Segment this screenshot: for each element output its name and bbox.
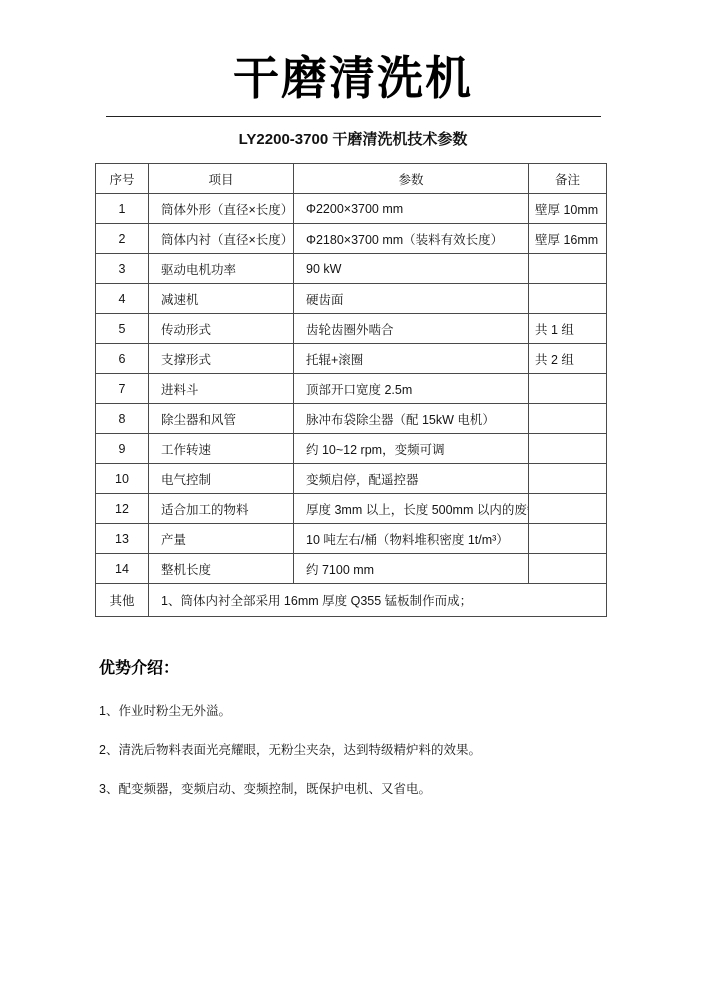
table-row: 9 工作转速 约 10~12 rpm，变频可调 [96, 434, 607, 464]
table-row: 1 筒体外形（直径×长度） Φ2200×3700 mm 壁厚 10mm [96, 194, 607, 224]
cell-seq: 13 [96, 524, 149, 554]
header-param: 参数 [294, 164, 529, 194]
table-row: 7 进料斗 顶部开口宽度 2.5m [96, 374, 607, 404]
cell-item: 驱动电机功率 [149, 254, 294, 284]
page-title: 干磨清洗机 [0, 0, 706, 101]
cell-param: 厚度 3mm 以上，长度 500mm 以内的废钢剪切料 [294, 494, 529, 524]
cell-param: 齿轮齿圈外啮合 [294, 314, 529, 344]
cell-param: 托辊+滚圈 [294, 344, 529, 374]
table-row: 10 电气控制 变频启停，配遥控器 [96, 464, 607, 494]
cell-seq: 其他 [96, 584, 149, 617]
cell-item: 工作转速 [149, 434, 294, 464]
cell-note [529, 434, 607, 464]
document-page: 干磨清洗机 LY2200-3700 干磨清洗机技术参数 序号 项目 参数 备注 … [0, 0, 706, 1000]
page-subtitle: LY2200-3700 干磨清洗机技术参数 [0, 128, 706, 149]
cell-seq: 8 [96, 404, 149, 434]
cell-item: 筒体内衬（直径×长度） [149, 224, 294, 254]
cell-other-note: 1、筒体内衬全部采用 16mm 厚度 Q355 锰板制作而成； [149, 584, 607, 617]
cell-item: 产量 [149, 524, 294, 554]
cell-seq: 10 [96, 464, 149, 494]
cell-item: 筒体外形（直径×长度） [149, 194, 294, 224]
cell-seq: 12 [96, 494, 149, 524]
cell-note [529, 494, 607, 524]
cell-seq: 2 [96, 224, 149, 254]
table-row: 2 筒体内衬（直径×长度） Φ2180×3700 mm（装料有效长度） 壁厚 1… [96, 224, 607, 254]
cell-param: 约 10~12 rpm，变频可调 [294, 434, 529, 464]
cell-note: 共 1 组 [529, 314, 607, 344]
header-note: 备注 [529, 164, 607, 194]
cell-item: 整机长度 [149, 554, 294, 584]
table-row: 4 减速机 硬齿面 [96, 284, 607, 314]
table-row: 12 适合加工的物料 厚度 3mm 以上，长度 500mm 以内的废钢剪切料 [96, 494, 607, 524]
advantage-item: 3、配变频器，变频启动、变频控制，既保护电机、又省电。 [99, 779, 706, 797]
cell-item: 适合加工的物料 [149, 494, 294, 524]
advantages-heading: 优势介绍： [99, 655, 706, 678]
cell-note: 共 2 组 [529, 344, 607, 374]
spec-table: 序号 项目 参数 备注 1 筒体外形（直径×长度） Φ2200×3700 mm … [95, 163, 607, 617]
cell-param: Φ2180×3700 mm（装料有效长度） [294, 224, 529, 254]
cell-param: 硬齿面 [294, 284, 529, 314]
table-row: 6 支撑形式 托辊+滚圈 共 2 组 [96, 344, 607, 374]
cell-seq: 5 [96, 314, 149, 344]
header-item: 项目 [149, 164, 294, 194]
header-seq: 序号 [96, 164, 149, 194]
cell-note [529, 284, 607, 314]
table-row: 14 整机长度 约 7100 mm [96, 554, 607, 584]
cell-param: 约 7100 mm [294, 554, 529, 584]
cell-note [529, 404, 607, 434]
cell-seq: 1 [96, 194, 149, 224]
cell-note [529, 374, 607, 404]
table-header-row: 序号 项目 参数 备注 [96, 164, 607, 194]
cell-item: 除尘器和风管 [149, 404, 294, 434]
cell-seq: 9 [96, 434, 149, 464]
cell-param: 脉冲布袋除尘器（配 15kW 电机） [294, 404, 529, 434]
cell-note: 壁厚 16mm [529, 224, 607, 254]
cell-item: 进料斗 [149, 374, 294, 404]
table-footer-row: 其他 1、筒体内衬全部采用 16mm 厚度 Q355 锰板制作而成； [96, 584, 607, 617]
cell-item: 传动形式 [149, 314, 294, 344]
title-divider [106, 116, 601, 117]
cell-seq: 14 [96, 554, 149, 584]
cell-param: 10 吨左右/桶（物料堆积密度 1t/m³） [294, 524, 529, 554]
cell-note: 壁厚 10mm [529, 194, 607, 224]
cell-seq: 6 [96, 344, 149, 374]
table-row: 3 驱动电机功率 90 kW [96, 254, 607, 284]
cell-item: 支撑形式 [149, 344, 294, 374]
cell-param: Φ2200×3700 mm [294, 194, 529, 224]
cell-item: 减速机 [149, 284, 294, 314]
advantage-item: 2、清洗后物料表面光亮耀眼，无粉尘夹杂，达到特级精炉料的效果。 [99, 740, 706, 758]
cell-note [529, 554, 607, 584]
cell-param: 顶部开口宽度 2.5m [294, 374, 529, 404]
cell-note [529, 524, 607, 554]
cell-note [529, 254, 607, 284]
cell-param: 变频启停，配遥控器 [294, 464, 529, 494]
cell-seq: 3 [96, 254, 149, 284]
cell-note [529, 464, 607, 494]
cell-item: 电气控制 [149, 464, 294, 494]
advantage-item: 1、作业时粉尘无外溢。 [99, 701, 706, 719]
cell-seq: 4 [96, 284, 149, 314]
table-row: 8 除尘器和风管 脉冲布袋除尘器（配 15kW 电机） [96, 404, 607, 434]
table-row: 13 产量 10 吨左右/桶（物料堆积密度 1t/m³） [96, 524, 607, 554]
cell-param: 90 kW [294, 254, 529, 284]
table-row: 5 传动形式 齿轮齿圈外啮合 共 1 组 [96, 314, 607, 344]
advantages-section: 优势介绍： 1、作业时粉尘无外溢。 2、清洗后物料表面光亮耀眼，无粉尘夹杂，达到… [99, 655, 706, 797]
cell-seq: 7 [96, 374, 149, 404]
